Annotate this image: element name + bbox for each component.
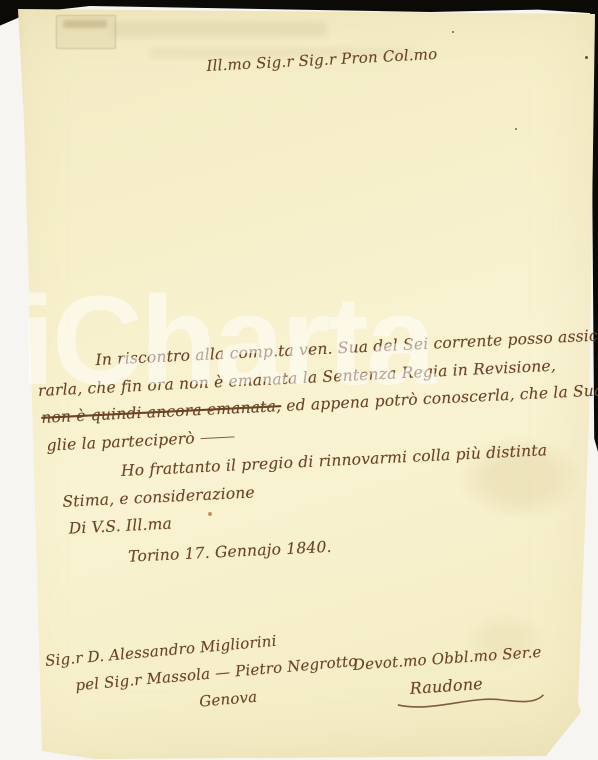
ink-bleedthrough <box>112 22 327 37</box>
stamp-bleedthrough <box>56 15 116 49</box>
stamp-bleedthrough-mark <box>63 20 107 28</box>
paper-speck <box>515 128 517 130</box>
paper-speck <box>585 56 588 59</box>
letter-photo: Ill.mo Sig.r Sig.r Pron Col.mo In riscon… <box>0 0 598 760</box>
body-line-text: glie la parteciperò <box>46 429 195 454</box>
paper-speck <box>452 31 454 33</box>
pen-stroke <box>201 436 235 439</box>
valediction: Devot.mo Obbl.mo Ser.e Raudone <box>352 639 546 720</box>
letter-body: In riscontro alla comp.ta ven. Sua del S… <box>36 320 598 575</box>
